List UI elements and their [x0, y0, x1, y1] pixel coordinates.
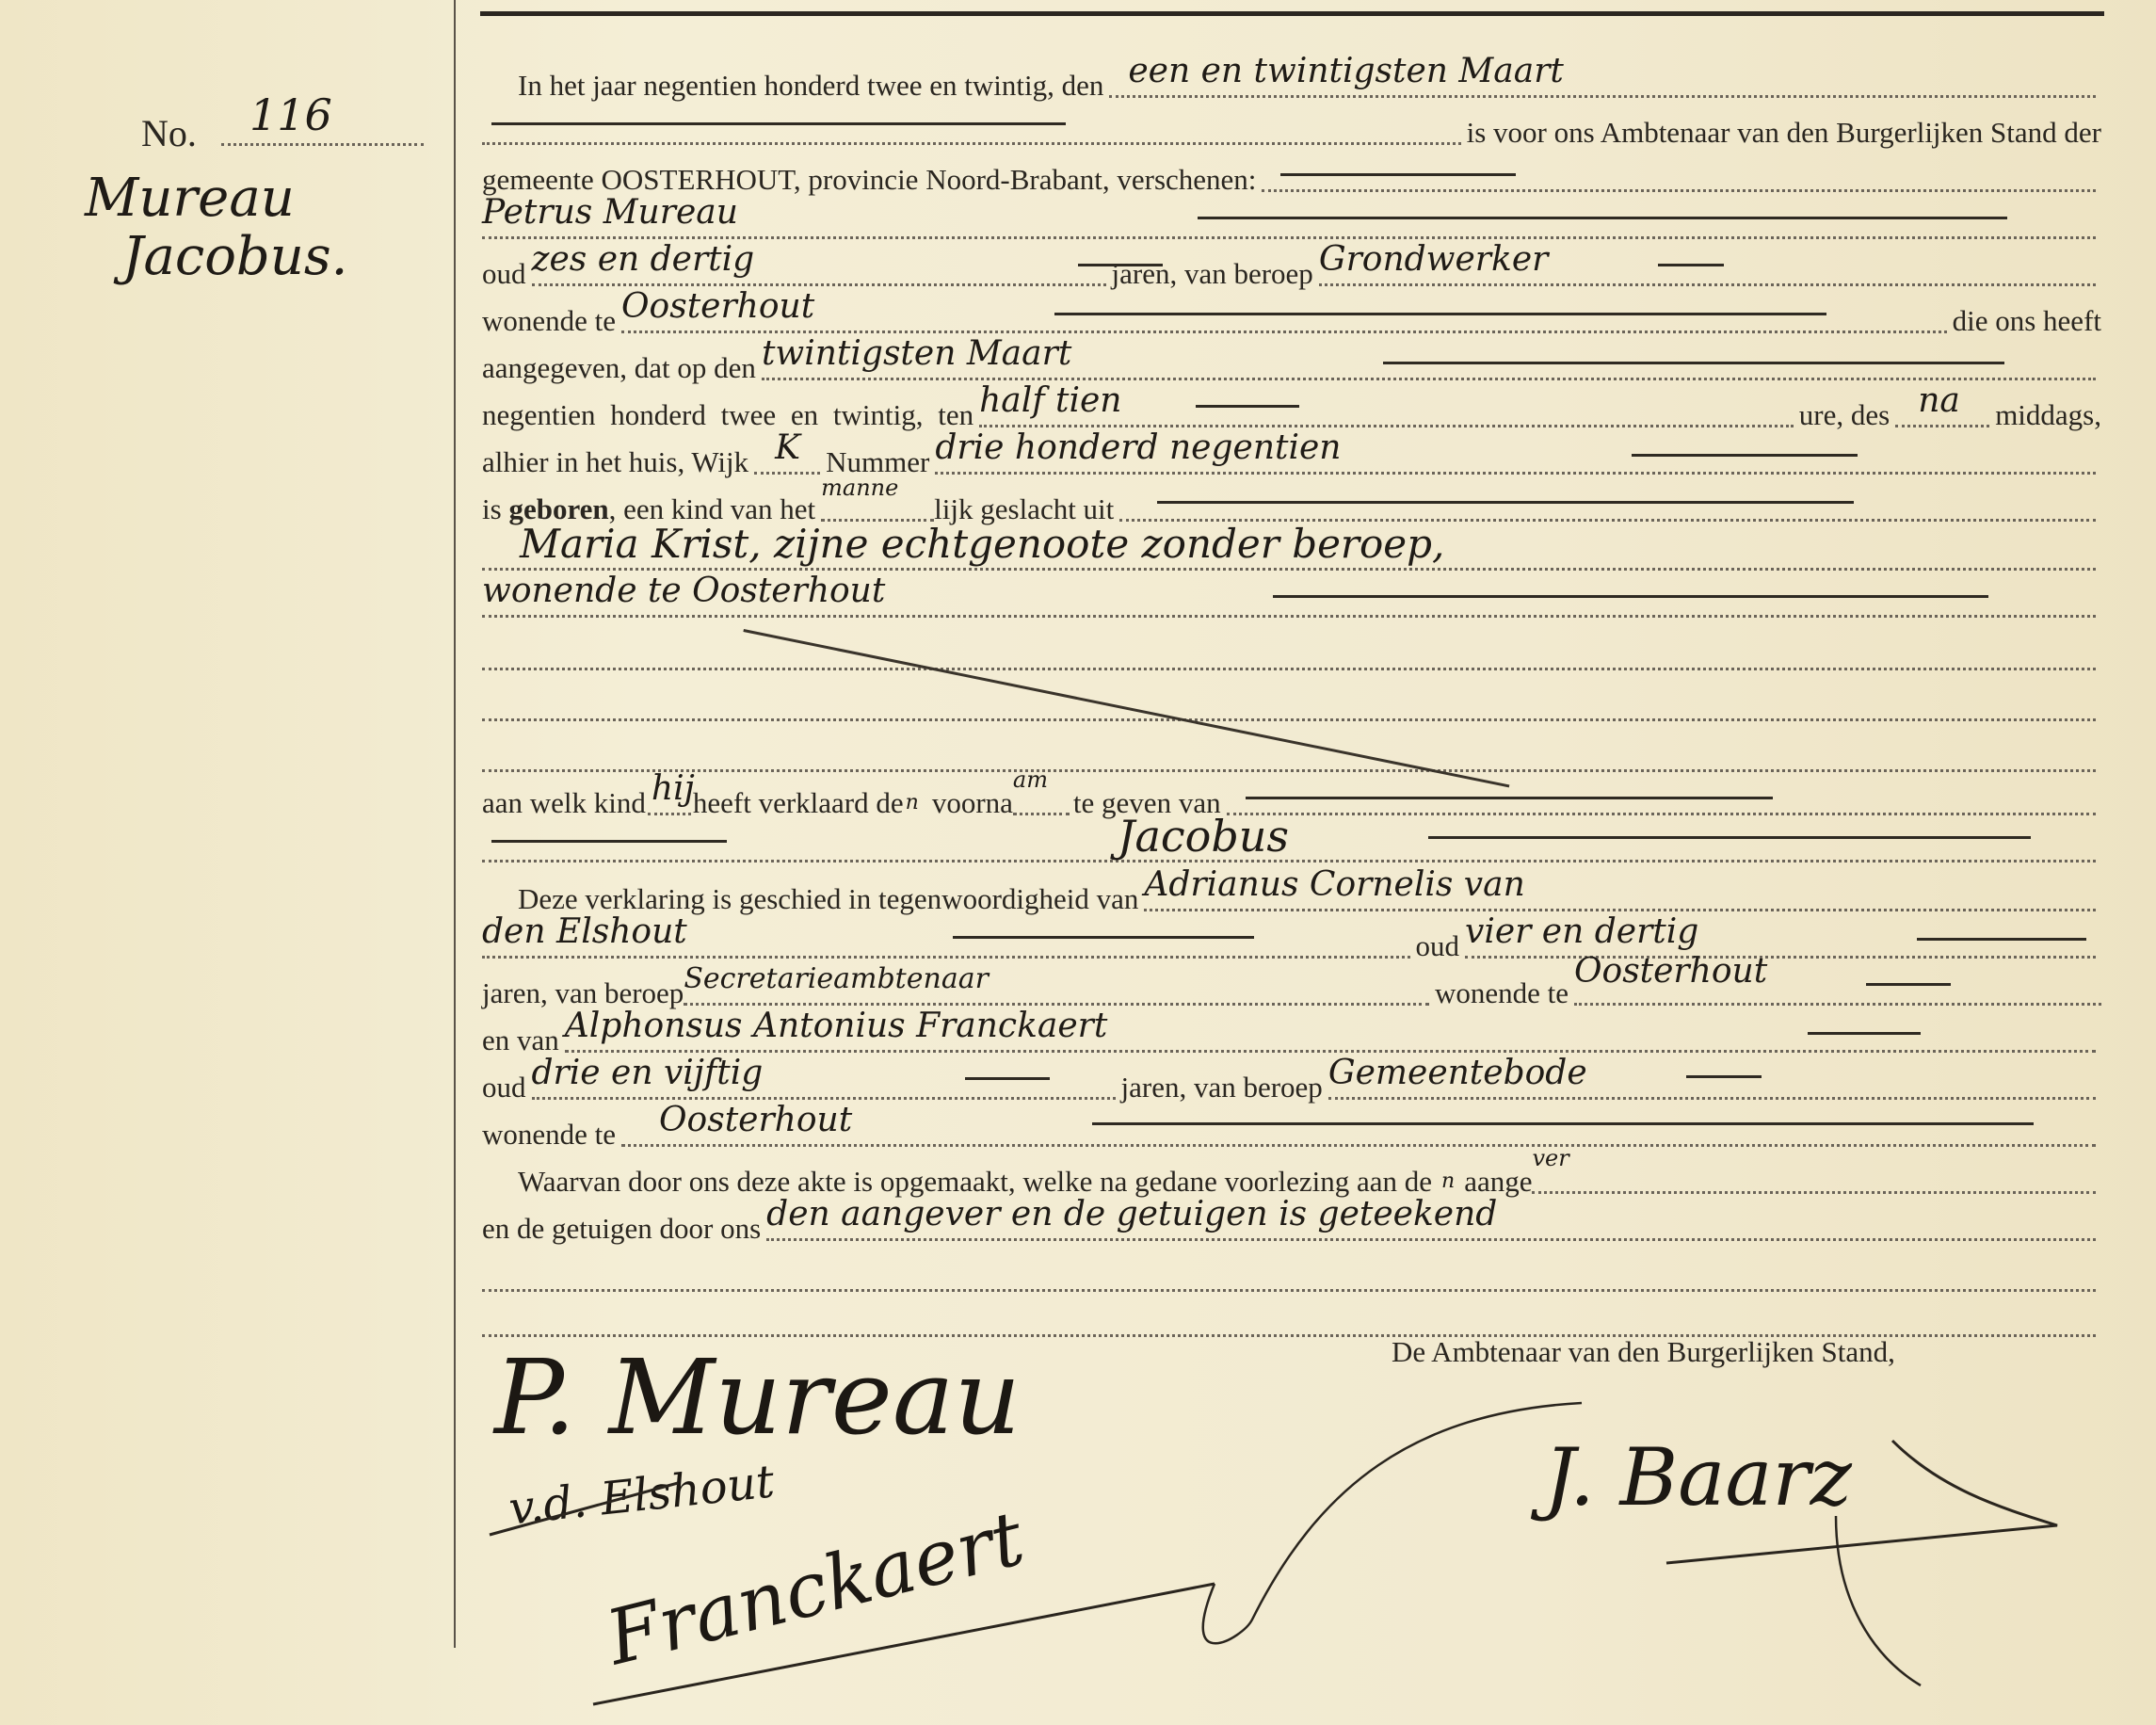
signature-flourishes: [0, 0, 2156, 1725]
